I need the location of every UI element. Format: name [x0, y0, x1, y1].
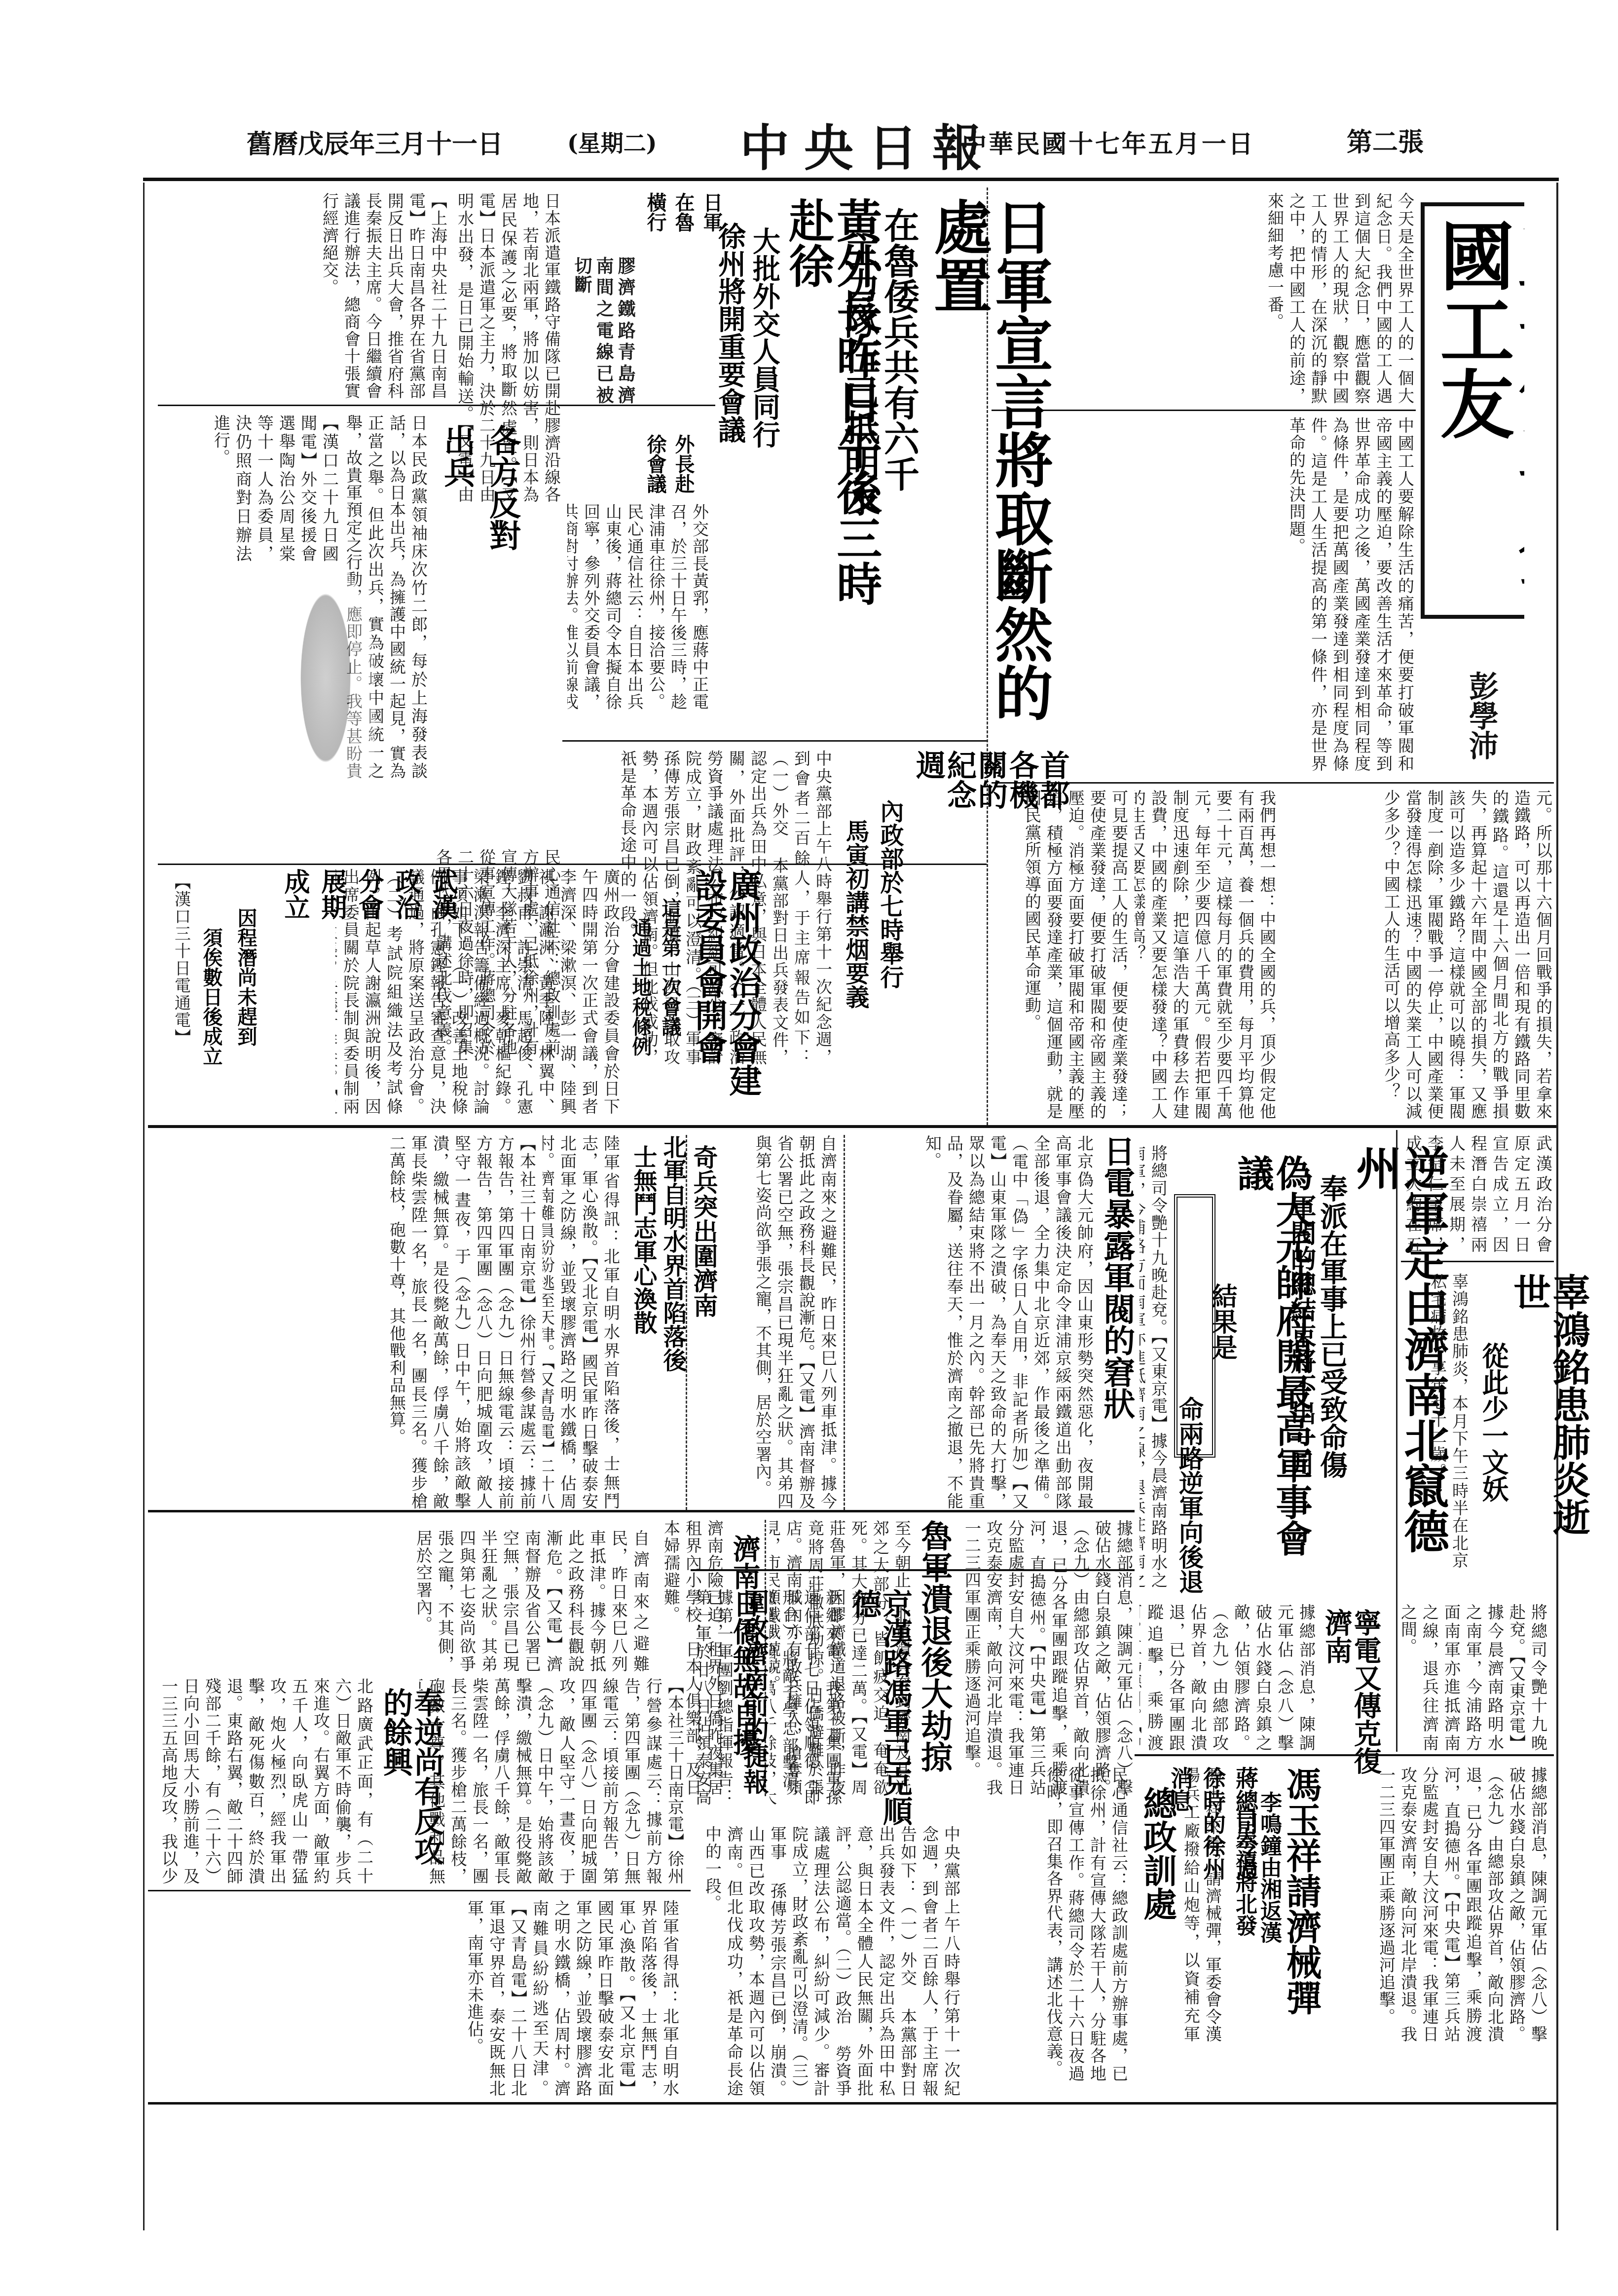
- wuhan-continued: 武漢政治分會原定五月一日宣告成立，因程潛白崇禧兩人未至展期，李宗仁主席，成立大約…: [1401, 1135, 1554, 1253]
- left-top-body: 【上海中央社二十九日南昌電】昨日南昌各界在省黨部開反日出兵大會，推省府科長秦振夫…: [158, 192, 449, 400]
- retake-jinan-body: 據總部消息，陳調元軍佔（念八）擊破佔水錢白泉鎮之敵，佔領膠濟路。（念九）由總部攻…: [1140, 1604, 1317, 1752]
- column-divider: [844, 1135, 845, 1510]
- wuhan-sub-2: 須俟數日後成立: [197, 928, 225, 1076]
- lu-army-looting-headline: 魯軍潰退後大劫掠: [918, 1520, 951, 1816]
- opposition-headline: 各方反對出兵: [434, 424, 525, 572]
- japan-box-label: 日軍在魯橫行: [641, 192, 726, 247]
- divider: [691, 1569, 1135, 1571]
- north-army-headline: 北軍自明水界首陷落後: [656, 1135, 690, 1411]
- left-lower-body: 自濟南來之避難民，昨日來巳八列車抵津。據今朝抵此之政務科長觀說漸危。【又電】濟南…: [158, 1530, 651, 1673]
- foreign-minister-sub-1: 大批外交人員同行: [745, 227, 784, 474]
- right-body-continued: 將總司令艷十九晚赴兗。【又東京電】據今晨濟南路明水之南軍，今浦路方面南軍亦進抵濟…: [1352, 1604, 1549, 1752]
- portrait-image: [276, 567, 375, 844]
- jinghan-body: 新鄉來電，我第二集團軍孫連仲部廿七日佔領順德（即邢台），將敵于學忠部擊潰，繳獲步…: [770, 1589, 844, 1806]
- masthead-rule: [143, 178, 1559, 181]
- fengtian-counter-body: 北路廣武正面，有（二十六）日敵軍不時偷襲，步兵來進攻。右翼方面，敵軍約五千人，向…: [158, 1678, 375, 1885]
- xuzhou-body: 民心通信社云：總政訓處前方辦事處，已抵徐州，計有宣傳大隊若干人，分駐各地從事宣傳…: [967, 1767, 1130, 2082]
- divider: [992, 410, 1416, 411]
- center-bottom-body: 中央黨部上午八時舉行第十一次紀念週，到會者二百餘人，于主席報告如下：（一）外交 …: [691, 1826, 962, 2097]
- rebel-army-body: 將總司令艷十九晚赴兗。【又東京電】據今晨濟南路明水之南軍，今浦路方面南軍亦進抵濟…: [1140, 1145, 1169, 1589]
- siege-jinan-headline: 圍攻濟南前的捷報: [740, 1589, 767, 1806]
- guangzhou-sub-2: 通過土地稅條例: [626, 918, 655, 1091]
- japan-box-subheadline: 膠濟鐵路青島濟南間之電線已被切斷: [567, 257, 636, 405]
- may-day-body-4: 我們再想一想：中國全國的兵，頂少假定他有兩百萬，養一個兵的費用，每月平均算他要二…: [1135, 790, 1278, 1120]
- xuzhou-label: 蔣總司令過徐時的徐州消息: [1164, 1767, 1262, 1885]
- may-day-body-5: 可見要提高工人的生活，便要使產業發達；要使產業發達，便要打破軍閥和帝國主義的壓迫…: [996, 790, 1130, 1120]
- publication-date: 中華民國十七年五月一日: [962, 124, 1255, 160]
- bottom-rule: [148, 2102, 1556, 2105]
- newspaper-page: 舊曆戊辰年三月十一日 (星期二) 中央日報 中華民國十七年五月一日 第二張 五一…: [0, 0, 1618, 2296]
- may-day-body-3: 元。所以那十六個月回戰爭的損失，若拿來造鐵路，可以再造出一倍和現有鐵路同里數的鐵…: [1283, 790, 1554, 1120]
- left-middle-body: 【本社三十日南京電】徐州行營參謀處云：據前方報告，第四軍團（念九）日無線電云：頃…: [158, 1135, 538, 1510]
- japan-telegraph-body: 北京偽大元帥府，因山東形勢突然惡化，夜開最高軍事會議後決定命令津浦京綏兩鐵道出動…: [848, 1135, 1095, 1510]
- lunar-date: 舊曆戊辰年三月十一日: [247, 123, 503, 160]
- ku-hungming-sub: 從此少一文妖: [1475, 1342, 1513, 1540]
- rebel-army-box-content: 命兩路逆軍向後退: [1172, 1396, 1207, 1594]
- rebel-army-sub-3: 偽大元帥府開最高軍事會議: [1233, 1155, 1310, 1589]
- masthead: 舊曆戊辰年三月十一日 (星期二) 中央日報 中華民國十七年五月一日 第二張: [247, 118, 1579, 173]
- may-day-body-1: 今天是全世界工人的一個大紀念日。我們中國的工人遇到這個大紀念日，應當觀察世界工人…: [992, 192, 1416, 405]
- may-day-title-box: 五一節告全國工友: [1421, 202, 1524, 646]
- weekday: (星期二): [567, 125, 657, 158]
- divider: [158, 405, 715, 406]
- surprise-troops-body: 自濟南來之避難民，昨日來巳八列車抵津。據今朝抵此之政務科長觀說漸危。【又電】濟南…: [715, 1135, 839, 1510]
- section-rule: [148, 1125, 1556, 1128]
- right-border: [1556, 183, 1558, 2230]
- fengtian-counter-body-2: 【本社三十日南京電】徐州行營參謀處云：據前方報告，第四軍團（念九）日無線電云：頃…: [419, 1678, 686, 1885]
- author: 彭學沛: [1460, 671, 1503, 760]
- ku-hungming-headline: 辜鴻銘患肺炎逝世: [1509, 1273, 1588, 1569]
- capital-sub-1: 內政部於七時舉行: [873, 799, 907, 1046]
- japan-army-headline: 日軍宣言將取斷然的處置: [927, 197, 1050, 755]
- capital-label: 首都各機關的紀念週: [913, 750, 1068, 814]
- foreign-minister-headline: 黃外長昨日午後三時赴徐: [784, 197, 880, 641]
- divider: [1401, 1261, 1554, 1262]
- bottom-left-body: 陸軍省得訊：北軍自明水界首陷落後，士無鬥志，軍心渙散。【又北京電】國民軍昨日擊破…: [158, 1900, 681, 2097]
- fm-box-label: 外長赴徐會議: [641, 434, 698, 493]
- ku-hungming-body: 辜鴻銘患肺炎，本月下午三時半在北京私宅病故，享年七十二歲。: [1401, 1273, 1470, 1569]
- divider: [148, 1890, 691, 1891]
- feng-yuxiang-headline: 馮玉祥請濟械彈: [1283, 1767, 1320, 2043]
- divider: [562, 740, 987, 742]
- north-army-sub: 士無鬥志軍心渙散: [626, 1145, 661, 1392]
- feng-yuxiang-body-right: 據總部消息，陳調元軍佔（念八）擊破佔水錢白泉鎮之敵，佔領膠濟路。（念九）由總部攻…: [1332, 1767, 1549, 2043]
- jinghan-headline: 京漢路馮軍已克順德: [848, 1589, 911, 1826]
- surprise-troops-headline: 奇兵突出圍濟南: [691, 1145, 717, 1392]
- guangzhou-headline: 廣州政治分會建設委員會開會: [691, 868, 760, 1125]
- japan-telegraph-headline: 日電暴露軍閥的窘狀: [1100, 1135, 1133, 1431]
- may-day-body-2: 中國工人要解除生活的痛苦，便要打破軍閥和帝國主義的壓迫，要改善生活才來革命，等到…: [992, 417, 1416, 772]
- wuhan-label: 武漢政治分會展期成立: [276, 868, 461, 942]
- siege-jinan-body: 據第一軍團劉總指揮報告：第一軍於廿八日佔領泰安高地後，即向界首附近進攻，並將山東…: [691, 1589, 735, 1806]
- foreign-minister-body: 外交部長黃郛，應蔣中正電召，於三十日午後三時，趁津浦車往徐州，接洽要公。民心通信…: [567, 503, 710, 711]
- divider: [1135, 1754, 1554, 1756]
- wuhan-sub-1: 因程潛尚未趕到: [232, 908, 260, 1056]
- divider: [992, 782, 1554, 784]
- divider: [158, 864, 987, 865]
- xuzhou-headline: 總政訓處: [1140, 1786, 1175, 2043]
- section-rule: [148, 1510, 1135, 1512]
- north-army-body: 陸軍省得訊：北軍自明水界首陷落後，士無鬥志，軍心渙散。【又北京電】國民軍昨日擊破…: [543, 1135, 622, 1510]
- center-lower-body: 據總部消息，陳調元軍佔（念八）擊破佔水錢白泉鎮之敵，佔領膠濟路。（念九）由總部攻…: [962, 1520, 1135, 1796]
- foreign-minister-sub-2: 徐州將開重要會議: [710, 222, 750, 469]
- left-border: [143, 183, 145, 2230]
- guangzhou-sub-1: 這是第一次會議: [656, 898, 684, 1071]
- wuhan-body: 【漢口三十日電通電】: [158, 873, 192, 1120]
- may-day-title: 五一節告全國工友: [1421, 202, 1524, 619]
- newspaper-name: 中央日報: [740, 109, 996, 180]
- capital-sub-2: 馬寅初講禁烟要義: [839, 819, 873, 1066]
- sheet-number: 第二張: [1347, 121, 1424, 158]
- opposition-body-2: 【漢口二十九日國聞電】外交後援會選舉陶治公周星棠等十一人為委員，決仍照商對日辦法…: [163, 414, 340, 563]
